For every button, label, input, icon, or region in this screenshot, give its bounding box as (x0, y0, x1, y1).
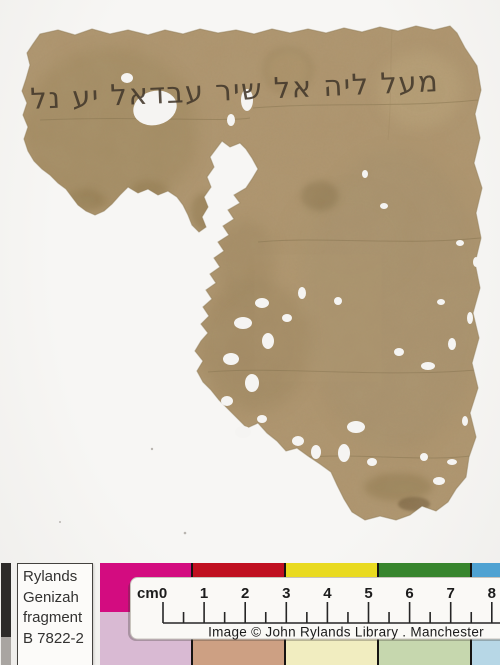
label-line-type: fragment (23, 608, 92, 629)
ruler-number-3: 3 (282, 585, 290, 602)
ruler-number-8: 8 (488, 585, 496, 602)
digitized-fragment-photo: מעל ליה אל שיר עבדאל יע נל Rylands Geniz… (0, 0, 500, 665)
ruler-copyright: Image © John Rylands Library . Mancheste… (208, 625, 484, 640)
ruler-number-1: 1 (200, 585, 208, 602)
ruler-number-6: 6 (405, 585, 413, 602)
ruler-unit-label: cm (137, 585, 159, 602)
label-line-collection: Genizah (23, 588, 92, 609)
ruler-number-2: 2 (241, 585, 249, 602)
label-line-shelfmark: B 7822-2 (23, 629, 92, 650)
fragment-label-card: Rylands Genizah fragment B 7822-2 (17, 563, 93, 665)
ruler-number-4: 4 (323, 585, 332, 602)
dust-specks (59, 448, 186, 535)
gray-reference-bar (1, 637, 11, 665)
ruler-number-0: 0 (159, 585, 167, 602)
manuscript-fragment: מעל ליה אל שיר עבדאל יע נל (0, 0, 500, 563)
ruler-number-7: 7 (447, 585, 455, 602)
ruler-number-5: 5 (364, 585, 372, 602)
black-reference-bar (1, 563, 11, 637)
ruler: cm 012345678 Image © John Rylands Librar… (130, 577, 500, 641)
calibration-strip: Rylands Genizah fragment B 7822-2 cm 012… (0, 563, 500, 665)
label-line-institution: Rylands (23, 567, 92, 588)
